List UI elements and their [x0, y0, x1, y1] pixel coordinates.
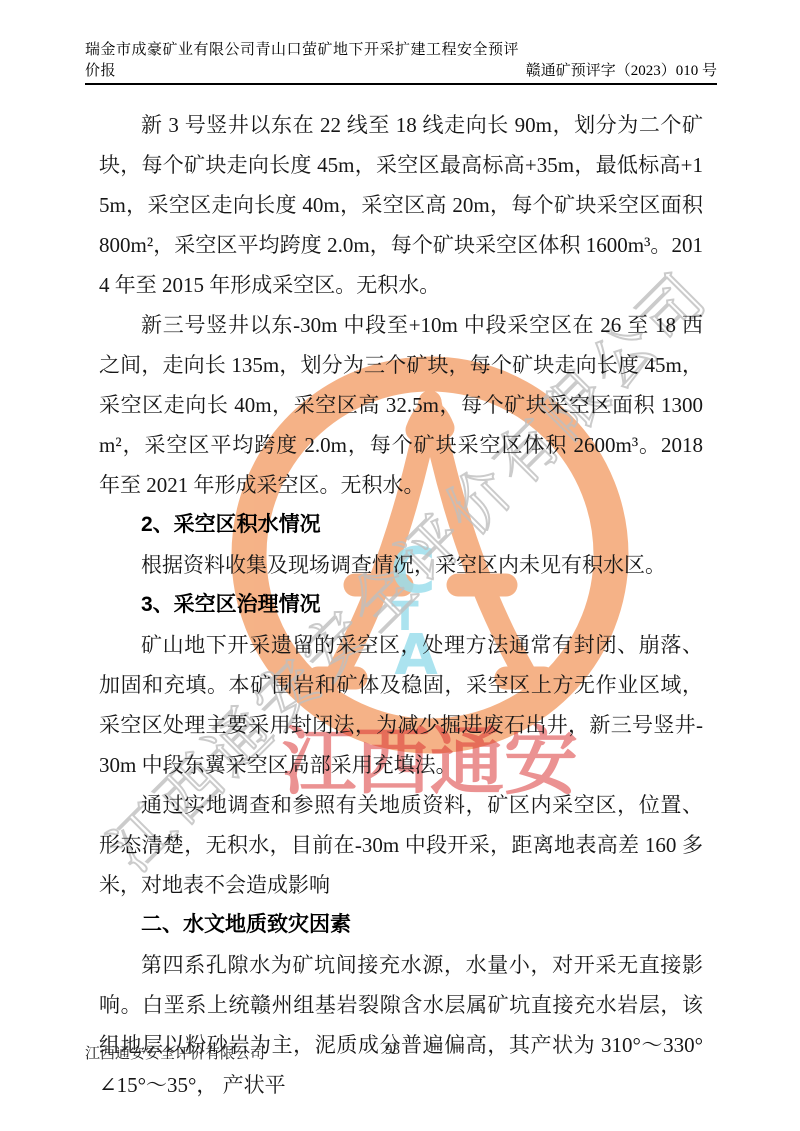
page-header: 瑞金市成豪矿业有限公司青山口萤矿地下开采扩建工程安全预评价报 赣通矿预评字（20…: [85, 52, 717, 85]
section-heading: 二、水文地质致灾因素: [99, 905, 703, 945]
paragraph: 第四系孔隙水为矿坑间接充水源，水量小，对开采无直接影响。白垩系上统赣州组基岩裂隙…: [99, 945, 703, 1105]
paragraph: 矿山地下开采遗留的采空区，处理方法通常有封闭、崩落、加固和充填。本矿围岩和矿体及…: [99, 625, 703, 785]
paragraph: 新三号竖井以东-30m 中段至+10m 中段采空区在 26 至 18 西之间，走…: [99, 305, 703, 505]
page-number: 93: [385, 1042, 400, 1059]
document-body: 新 3 号竖井以东在 22 线至 18 线走向长 90m，划分为二个矿块，每个矿…: [99, 105, 703, 1105]
paragraph: 通过实地调查和参照有关地质资料，矿区内采空区，位置、形态清楚，无积水，目前在-3…: [99, 785, 703, 905]
header-report-title: 瑞金市成豪矿业有限公司青山口萤矿地下开采扩建工程安全预评价报: [85, 38, 526, 80]
header-document-number: 赣通矿预评字（2023）010 号: [526, 59, 717, 80]
footer-company-name: 江西通安安全评价有限公司: [85, 1042, 265, 1063]
document-page: { "header": { "left": "瑞金市成豪矿业有限公司青山口萤矿地…: [0, 0, 800, 1131]
section-heading: 3、采空区治理情况: [99, 585, 703, 625]
page-footer: 江西通安安全评价有限公司 93: [85, 1042, 717, 1066]
paragraph: 根据资料收集及现场调查情况，采空区内未见有积水区。: [99, 545, 703, 585]
paragraph: 新 3 号竖井以东在 22 线至 18 线走向长 90m，划分为二个矿块，每个矿…: [99, 105, 703, 305]
section-heading: 2、采空区积水情况: [99, 505, 703, 545]
